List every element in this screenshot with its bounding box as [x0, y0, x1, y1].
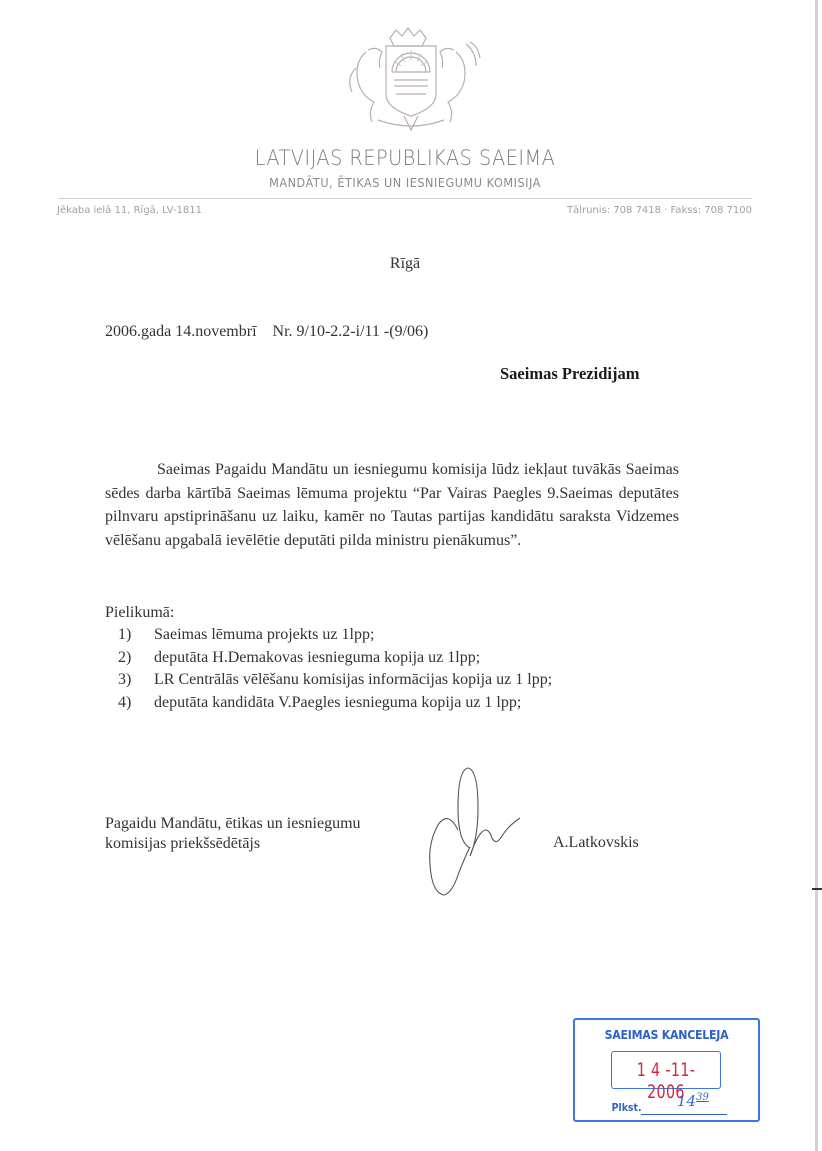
stamp-title: SAEIMAS KANCELEJA	[586, 1027, 747, 1042]
list-item: 3)LR Centrālās vēlēšanu komisijas inform…	[118, 669, 552, 692]
letter-number: Nr. 9/10-2.2-i/11 -(9/06)	[273, 323, 429, 340]
stamp-time-minute: 39	[696, 1092, 709, 1103]
letter-date: 2006.gada 14.novembrī	[105, 323, 257, 340]
signatory-name: A.Latkovskis	[553, 834, 639, 852]
registration-stamp: SAEIMAS KANCELEJA 1 4 -11- 2006 Plkst. 1…	[573, 1018, 760, 1122]
signatory-role-line: Pagaidu Mandātu, ētikas un iesniegumu	[105, 814, 361, 834]
list-item: 2)deputāta H.Demakovas iesnieguma kopija…	[118, 647, 552, 670]
list-number: 2)	[118, 647, 154, 670]
list-number: 4)	[118, 692, 154, 715]
letter-body: Saeimas Pagaidu Mandātu un iesniegumu ko…	[105, 458, 679, 552]
stamp-time-underline	[641, 1114, 727, 1115]
stamp-time: 1439	[677, 1092, 709, 1110]
signatory-role-line: komisijas priekšsēdētājs	[105, 834, 361, 854]
list-number: 3)	[118, 669, 154, 692]
institution-name: LATVIJAS REPUBLIKAS SAEIMA	[32, 146, 777, 170]
handwritten-signature	[410, 760, 540, 910]
annex-list: 1)Saeimas lēmuma projekts uz 1lpp; 2)dep…	[118, 624, 552, 714]
scan-page-edge	[815, 0, 818, 1151]
annex-heading: Pielikumā:	[105, 604, 174, 622]
list-text: deputāta kandidāta V.Paegles iesnieguma …	[154, 692, 521, 715]
dateline: 2006.gada 14.novembrī Nr. 9/10-2.2-i/11 …	[105, 323, 428, 341]
signatory-role: Pagaidu Mandātu, ētikas un iesniegumu ko…	[105, 814, 361, 854]
list-text: Saeimas lēmuma projekts uz 1lpp;	[154, 624, 374, 647]
committee-name: MANDĀTU, ĒTIKAS UN IESNIEGUMU KOMISIJA	[41, 175, 770, 190]
stamp-time-label: Plkst.	[612, 1101, 642, 1114]
header-divider	[58, 198, 752, 199]
body-paragraph: Saeimas Pagaidu Mandātu un iesniegumu ko…	[105, 458, 679, 552]
contacts: Tālrunis: 708 7418 · Fakss: 708 7100	[567, 205, 752, 216]
list-item: 4)deputāta kandidāta V.Paegles iesniegum…	[118, 692, 552, 715]
list-item: 1)Saeimas lēmuma projekts uz 1lpp;	[118, 624, 552, 647]
list-text: deputāta H.Demakovas iesnieguma kopija u…	[154, 647, 480, 670]
list-text: LR Centrālās vēlēšanu komisijas informāc…	[154, 669, 552, 692]
latvia-coat-of-arms-icon	[338, 24, 484, 136]
address: Jēkaba ielā 11, Rīgā, LV-1811	[57, 205, 202, 216]
city: Rīgā	[0, 255, 810, 273]
recipient: Saeimas Prezidijam	[500, 364, 639, 384]
stamp-time-hour: 14	[677, 1092, 696, 1110]
scan-mark	[812, 888, 822, 890]
stamp-date-box: 1 4 -11- 2006	[611, 1051, 721, 1089]
list-number: 1)	[118, 624, 154, 647]
